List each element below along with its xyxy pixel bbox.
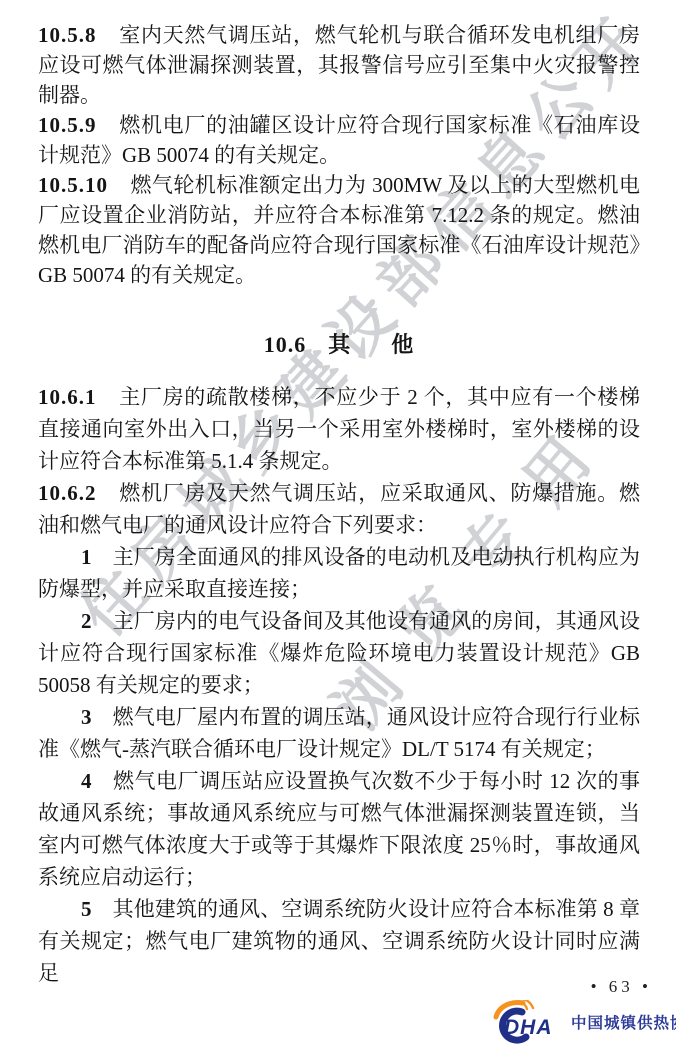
section-heading: 10.6 其 他 bbox=[38, 330, 640, 360]
page-number: • 63 • bbox=[591, 977, 652, 997]
clause-paragraph: 10.5.9燃机电厂的油罐区设计应符合现行国家标准《石油库设计规范》GB 500… bbox=[38, 110, 640, 170]
list-item: 2主厂房内的电气设备间及其他设有通风的房间，其通风设计应符合现行国家标准《爆炸危… bbox=[38, 605, 640, 701]
item-text: 燃气电厂屋内布置的调压站，通风设计应符合现行行业标准《燃气-蒸汽联合循环电厂设计… bbox=[38, 705, 640, 761]
document-page: 住房城乡建设部信息公开 浏览专用 10.5.8室内天然气调压站，燃气轮机与联合循… bbox=[0, 0, 676, 1048]
section-title-char: 其 bbox=[328, 330, 351, 360]
item-number: 2 bbox=[81, 609, 93, 633]
list-item: 3燃气电厂屋内布置的调压站，通风设计应符合现行行业标准《燃气-蒸汽联合循环电厂设… bbox=[38, 701, 640, 765]
clause-paragraph: 10.6.2燃机厂房及天然气调压站，应采取通风、防爆措施。燃油和燃气电厂的通风设… bbox=[38, 477, 640, 541]
list-item: 4燃气电厂调压站应设置换气次数不少于每小时 12 次的事故通风系统；事故通风系统… bbox=[38, 765, 640, 893]
clause-text: 主厂房的疏散楼梯，不应少于 2 个，其中应有一个楼梯直接通向室外出入口，当另一个… bbox=[38, 385, 640, 473]
cdha-logo: DHA 中国城镇供热协会 bbox=[490, 1000, 676, 1044]
section-title-char: 他 bbox=[391, 330, 414, 360]
clause-text: 燃机厂房及天然气调压站，应采取通风、防爆措施。燃油和燃气电厂的通风设计应符合下列… bbox=[38, 481, 640, 537]
clause-text: 燃气轮机标准额定出力为 300MW 及以上的大型燃机电厂应设置企业消防站，并应符… bbox=[38, 173, 640, 287]
document-body: 10.5.8室内天然气调压站，燃气轮机与联合循环发电机组厂房应设可燃气体泄漏探测… bbox=[38, 20, 640, 989]
clause-number: 10.5.10 bbox=[38, 173, 108, 197]
clause-text: 燃机电厂的油罐区设计应符合现行国家标准《石油库设计规范》GB 50074 的有关… bbox=[38, 113, 640, 167]
clause-paragraph: 10.5.10燃气轮机标准额定出力为 300MW 及以上的大型燃机电厂应设置企业… bbox=[38, 170, 640, 290]
list-item: 5其他建筑的通风、空调系统防火设计应符合本标准第 8 章有关规定；燃气电厂建筑物… bbox=[38, 893, 640, 989]
section-10-6: 10.6.1主厂房的疏散楼梯，不应少于 2 个，其中应有一个楼梯直接通向室外出入… bbox=[38, 381, 640, 989]
section-10-5: 10.5.8室内天然气调压站，燃气轮机与联合循环发电机组厂房应设可燃气体泄漏探测… bbox=[38, 20, 640, 290]
logo-acronym: DHA bbox=[504, 1016, 553, 1039]
clause-number: 10.6.1 bbox=[38, 385, 97, 409]
item-number: 1 bbox=[81, 545, 93, 569]
clause-paragraph: 10.6.1主厂房的疏散楼梯，不应少于 2 个，其中应有一个楼梯直接通向室外出入… bbox=[38, 381, 640, 477]
item-text: 主厂房全面通风的排风设备的电动机及电动执行机构应为防爆型，并应采取直接连接； bbox=[38, 545, 640, 601]
section-number: 10.6 bbox=[264, 330, 307, 360]
item-number: 3 bbox=[81, 705, 93, 729]
list-item: 1主厂房全面通风的排风设备的电动机及电动执行机构应为防爆型，并应采取直接连接； bbox=[38, 541, 640, 605]
item-number: 5 bbox=[81, 897, 93, 921]
clause-number: 10.5.8 bbox=[38, 23, 97, 47]
item-text: 其他建筑的通风、空调系统防火设计应符合本标准第 8 章有关规定；燃气电厂建筑物的… bbox=[38, 897, 640, 985]
clause-number: 10.5.9 bbox=[38, 113, 97, 137]
item-text: 燃气电厂调压站应设置换气次数不少于每小时 12 次的事故通风系统；事故通风系统应… bbox=[38, 769, 640, 889]
clause-text: 室内天然气调压站，燃气轮机与联合循环发电机组厂房应设可燃气体泄漏探测装置，其报警… bbox=[38, 23, 640, 107]
logo-org-name: 中国城镇供热协会 bbox=[571, 1011, 676, 1033]
item-text: 主厂房内的电气设备间及其他设有通风的房间，其通风设计应符合现行国家标准《爆炸危险… bbox=[38, 609, 640, 697]
cdha-logo-mark: DHA bbox=[490, 1000, 564, 1044]
clause-paragraph: 10.5.8室内天然气调压站，燃气轮机与联合循环发电机组厂房应设可燃气体泄漏探测… bbox=[38, 20, 640, 110]
item-number: 4 bbox=[81, 769, 93, 793]
logo-signal-icon bbox=[520, 1002, 527, 1009]
clause-number: 10.6.2 bbox=[38, 481, 97, 505]
